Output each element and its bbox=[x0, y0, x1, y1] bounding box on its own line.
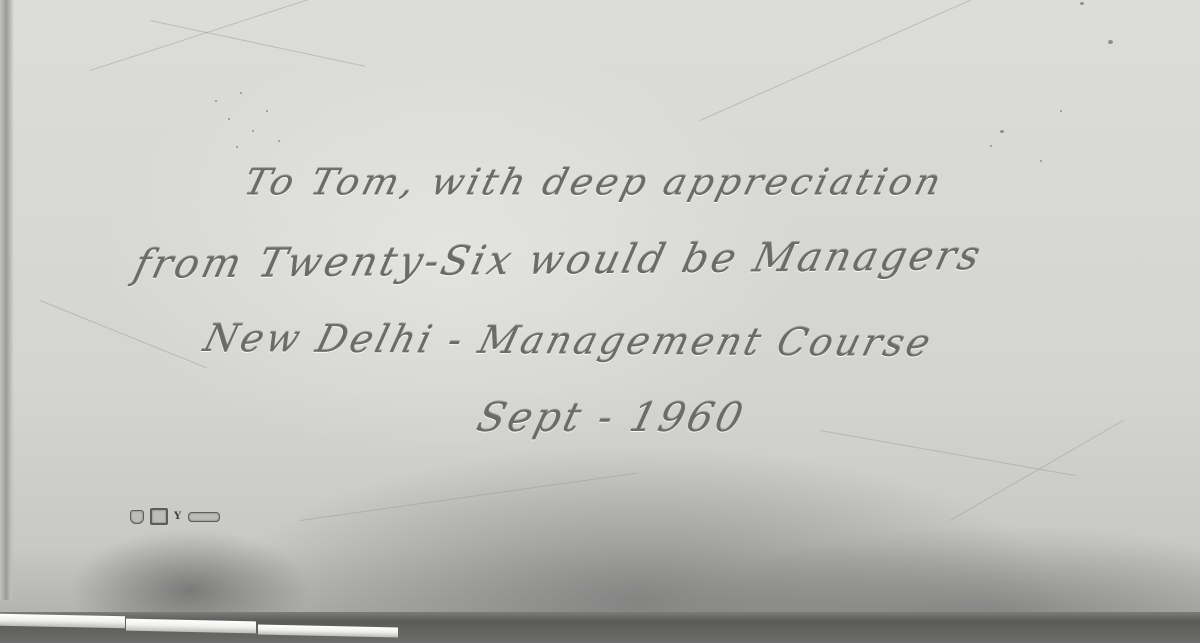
tarnish-pit bbox=[1060, 110, 1062, 112]
surface-scratch bbox=[150, 20, 365, 67]
tarnish-pit bbox=[215, 100, 217, 102]
tarnish-pit bbox=[266, 110, 268, 112]
tarnish-pit bbox=[1040, 160, 1042, 162]
tarnish-pit bbox=[1080, 2, 1084, 5]
tarnish-pit bbox=[990, 145, 992, 147]
surface-scratch bbox=[950, 420, 1124, 521]
surface-scratch bbox=[700, 0, 974, 121]
surface-scratch bbox=[40, 300, 207, 368]
inscription-line-3: New Delhi - Management Course bbox=[199, 316, 938, 365]
lion-hallmark-icon bbox=[150, 508, 168, 525]
silver-case-lid: To Tom, with deep appreciation from Twen… bbox=[0, 0, 1200, 643]
tarnish-pit bbox=[1108, 40, 1113, 44]
crown-hallmark-icon bbox=[130, 510, 144, 524]
maker-hallmark-icon bbox=[188, 512, 220, 522]
tarnish-pit bbox=[228, 118, 230, 120]
inscription-line-4: Sept - 1960 bbox=[472, 395, 750, 441]
date-letter-hallmark: Y bbox=[174, 512, 182, 521]
hallmarks: Y bbox=[130, 508, 220, 525]
tarnish-pit bbox=[278, 140, 280, 142]
surface-scratch bbox=[300, 473, 637, 521]
case-left-edge bbox=[0, 0, 14, 600]
inscription-line-2: from Twenty-Six would be Managers bbox=[130, 233, 988, 288]
tarnish-pit bbox=[1000, 130, 1004, 133]
tarnish-pit bbox=[236, 146, 238, 148]
surface-scratch bbox=[90, 0, 338, 71]
tarnish-pit bbox=[240, 92, 242, 94]
tarnish-pit bbox=[252, 130, 254, 132]
inscription-line-1: To Tom, with deep appreciation bbox=[240, 161, 948, 203]
